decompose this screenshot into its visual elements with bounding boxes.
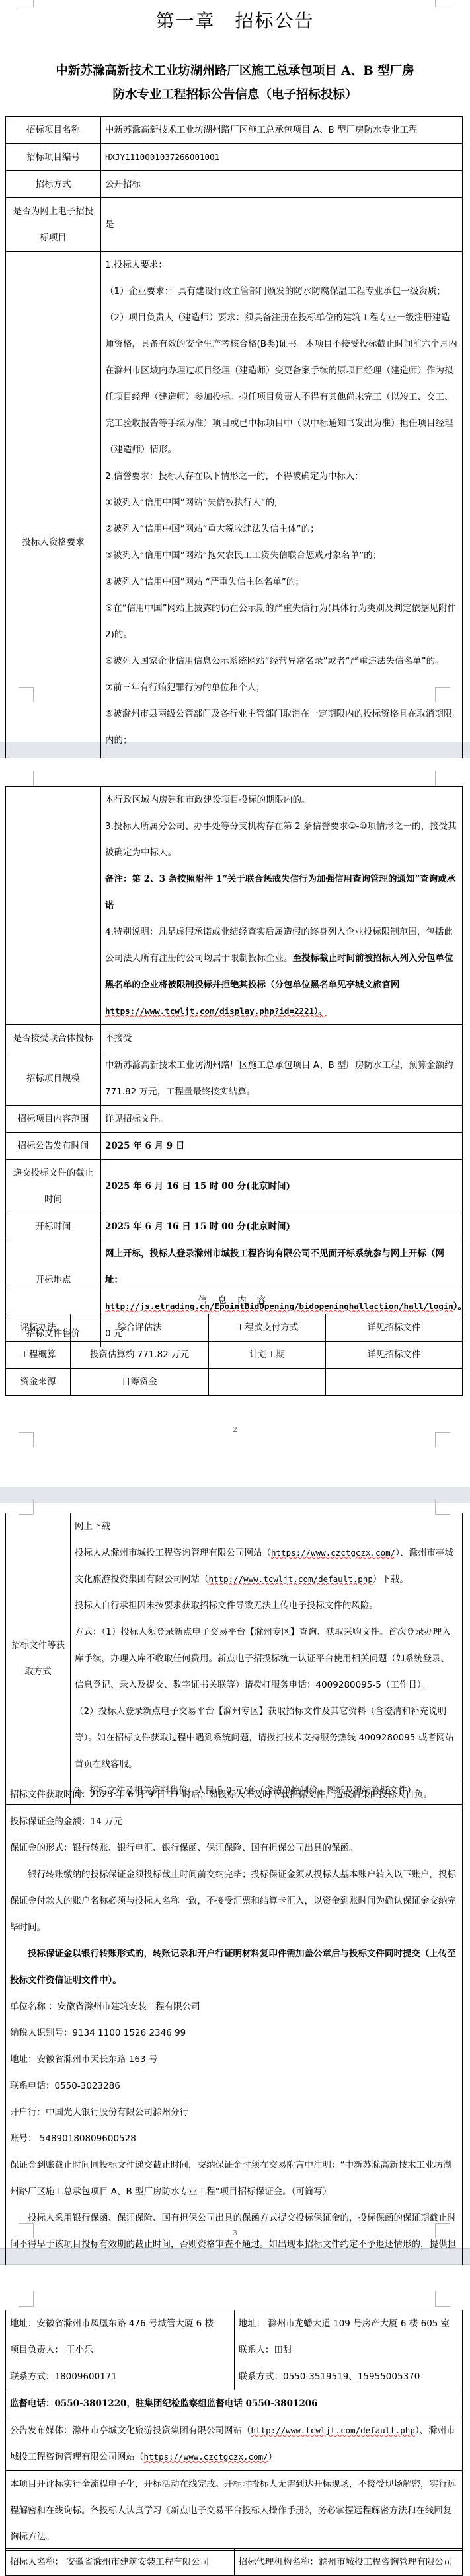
info-header: 信 息 内 容 [6, 1287, 463, 1314]
row-label: 是否为网上电子招投标项目 [6, 198, 101, 252]
final-note: 本项目开评标实行全流程电子化，开标活动在线完成。开标时投标人无需到达开标现场，不… [6, 2471, 463, 2551]
contacts-table: 地址：安徽省滁州市凤凰东路 476 号城管大厦 6 楼 项目负责人： 王小乐 联… [5, 2310, 463, 2551]
table-row: 递交投标文件的截止时间 2025 年 6 月 16 日 15 时 00 分(北京… [6, 1160, 463, 1213]
page-number: 2 [0, 1425, 470, 1434]
tcwljt-link[interactable]: http://www.tcwljt.com/default.php [251, 2425, 415, 2435]
table-row: 招标公告发布时间 2025 年 6 月 9 日 [6, 1133, 463, 1160]
qualification-content: 1.投标人要求： （1）企业要求：：具有建设行政主管部门颁发的防水防腐保温工程专… [101, 252, 463, 834]
czctgczx-link[interactable]: https://www.czctgczx.com/ [271, 1548, 395, 1557]
page-2: 本行政区域内房建和市政建设项目投标的期限内的。 3.投标人所属分公司、办事处等分… [0, 758, 470, 1487]
margin-mark [435, 687, 450, 702]
margin-mark [19, 2291, 34, 2307]
row-label: 招标项目编号 [6, 144, 101, 171]
row-label-empty [6, 787, 101, 1025]
tcwljt-link[interactable]: http://www.tcwljt.com/default.php [209, 1574, 373, 1584]
czctgczx-link[interactable]: https://www.czctgczx.com/ [144, 2452, 268, 2462]
table-row: 本行政区域内房建和市政建设项目投标的期限内的。 3.投标人所属分公司、办事处等分… [6, 787, 463, 1025]
row-value: HXJY1110001037266001001 [101, 144, 463, 171]
table-row: 评标办法 综合评估法 工程款支付方式 详见招标文件 [6, 1314, 463, 1342]
tender-info-table: 招标项目名称 中新苏滁高新技术工业坊湖州路厂区施工总承包项目 A、B 型厂房防水… [5, 116, 463, 834]
document-title: 中新苏滁高新技术工业坊湖州路厂区施工总承包项目 A、B 型厂房 防水专业工程招标… [26, 59, 444, 107]
margin-mark [19, 687, 34, 702]
tenderer-contact: 地址：安徽省滁州市凤凰东路 476 号城管大厦 6 楼 项目负责人： 王小乐 联… [6, 2310, 235, 2390]
table-row: 招标项目名称 中新苏滁高新技术工业坊湖州路厂区施工总承包项目 A、B 型厂房防水… [6, 117, 463, 144]
page-3: 招标文件等获取方式 网上下载 投标人从滁州市城投工程咨询管理有限公司网站（htt… [0, 1503, 470, 2248]
margin-mark [19, 771, 34, 787]
tenderer-name: 招标人名称： 安徽省滁州市建筑安装工程有限公司 [6, 2549, 235, 2576]
page-number: 3 [0, 2229, 470, 2237]
table-row: 招标人名称： 安徽省滁州市建筑安装工程有限公司 招标代理机构名称：滁州市城投工程… [6, 2549, 463, 2576]
info-content-table: 信 息 内 容 评标办法 综合评估法 工程款支付方式 详见招标文件 工程概算 投… [5, 1287, 463, 1396]
table-row: 工程概算 投资估算约 771.82 万元 计划工期 详见招标文件 [6, 1342, 463, 1369]
page-1: 第一章 招标公告 中新苏滁高新技术工业坊湖州路厂区施工总承包项目 A、B 型厂房… [0, 0, 470, 742]
table-row: 招标项目编号 HXJY1110001037266001001 [6, 144, 463, 171]
blacklist-link[interactable]: https://www.tcwljt.com/display.php?id=22… [105, 998, 458, 1024]
table-row: 投标人资格要求 1.投标人要求： （1）企业要求：：具有建设行政主管部门颁发的防… [6, 252, 463, 834]
page-4: 地址：安徽省滁州市凤凰东路 476 号城管大厦 6 楼 项目负责人： 王小乐 联… [0, 2265, 470, 2542]
obtain-label: 招标文件等获取方式 [6, 1513, 71, 1805]
margin-mark [435, 2291, 450, 2307]
obtain-table: 招标文件等获取方式 网上下载 投标人从滁州市城投工程咨询管理有限公司网站（htt… [5, 1513, 463, 1805]
table-row: 招标项目内容范围 详见招标文件。 [6, 1106, 463, 1133]
row-value: 中新苏滁高新技术工业坊湖州路厂区施工总承包项目 A、B 型厂房防水专业工程 [101, 117, 463, 144]
chapter-title: 第一章 招标公告 [0, 7, 470, 33]
table-row: 地址：安徽省滁州市凤凰东路 476 号城管大厦 6 楼 项目负责人： 王小乐 联… [6, 2310, 463, 2390]
table-row: 开标时间 2025 年 6 月 16 日 15 时 00 分(北京时间) [6, 1213, 463, 1240]
row-label: 招标项目名称 [6, 117, 101, 144]
margin-mark [435, 1432, 450, 1447]
row-value: 公开招标 [101, 171, 463, 198]
margin-mark [19, 1432, 34, 1447]
page-gap [0, 1487, 470, 1503]
row-label: 招标方式 [6, 171, 101, 198]
table-row: 是否接受联合体投标 不接受 [6, 1025, 463, 1052]
page-number: 1 [0, 680, 470, 689]
table-row: 招标项目规模 中新苏滁高新技术工业坊湖州路厂区施工总承包项目 A、B 型厂房防水… [6, 1052, 463, 1106]
margin-mark [435, 771, 450, 787]
publish-media: 公告发布媒体：滁州市亭城文化旅游投资集团有限公司网站（http://www.tc… [6, 2417, 463, 2471]
row-label: 投标人资格要求 [6, 252, 101, 834]
supervision-phone: 监督电话：0550-3801220，驻集团纪检监察组监督电话 0550-3801… [6, 2390, 463, 2417]
table-row: 招标文件等获取方式 网上下载 投标人从滁州市城投工程咨询管理有限公司网站（htt… [6, 1513, 463, 1805]
tender-info-table-continued: 本行政区域内房建和市政建设项目投标的期限内的。 3.投标人所属分公司、办事处等分… [5, 786, 463, 1347]
table-row: 资金来源 自筹资金 [6, 1369, 463, 1396]
obtain-time: 招标文件获取时间：2025 年 6 月 9 日 17 时后，如投标人不及时下载招… [6, 1781, 463, 1808]
agency-name: 招标代理机构名称：滁州市城投工程咨询管理有限公司 [234, 2549, 463, 2576]
agency-contact: 地址： 滁州市龙蟠大道 109 号房产大厦 6 楼 605 室 联系人：田甜 联… [234, 2310, 463, 2390]
qualification-content-continued: 本行政区域内房建和市政建设项目投标的期限内的。 3.投标人所属分公司、办事处等分… [101, 787, 463, 1025]
table-row: 是否为网上电子招投标项目 是 [6, 198, 463, 252]
table-row: 招标方式 公开招标 [6, 171, 463, 198]
row-value: 是 [101, 198, 463, 252]
